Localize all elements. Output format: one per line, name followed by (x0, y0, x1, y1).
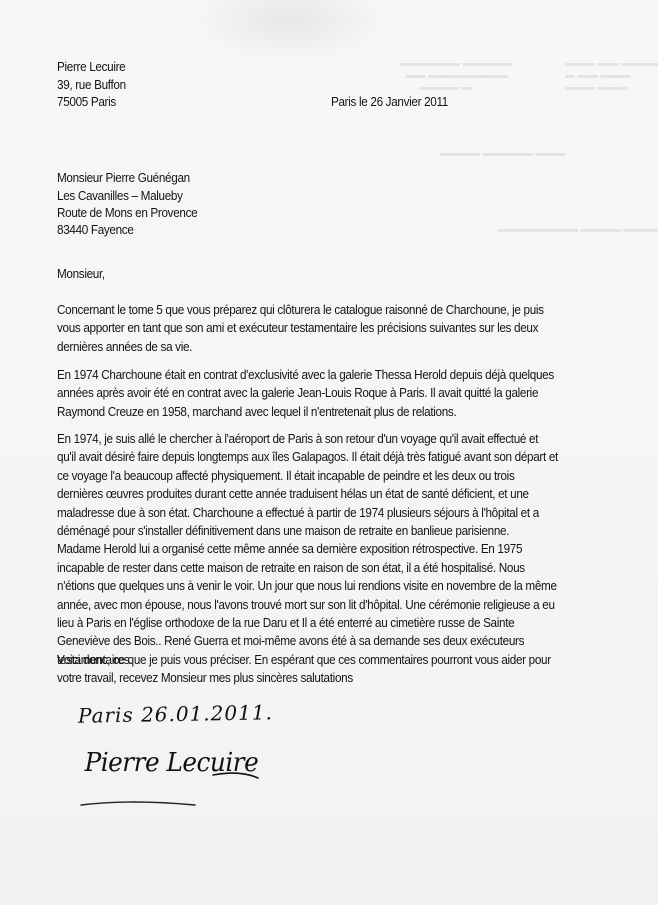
paragraph-3: En 1974, je suis allé le chercher à l'aé… (57, 430, 558, 669)
paragraph-line: qu'il avait désiré faire depuis longtemp… (57, 448, 558, 466)
paragraph-line: déménagé pour s'installer définitivement… (57, 522, 558, 540)
paragraph-line: Geneviève des Bois.. René Guerra et moi-… (57, 632, 558, 650)
show-through-text: ▬▬▬▬▬▬▬▬ ▬▬▬▬ ▬▬▬▬ (498, 224, 658, 236)
recipient-name: Monsieur Pierre Guénégan (57, 170, 190, 186)
paragraph-line: lieu à Paris en l'église orthodoxe de la… (57, 614, 558, 632)
recipient-city: 83440 Fayence (57, 222, 134, 238)
show-through-text: ▬▬▬ ▬▬ ▬▬▬▬ ▬ ▬▬ ▬▬▬ ▬▬▬ ▬▬▬ (565, 58, 658, 94)
paragraph-line: ce voyage l'a beaucoup affecté physiquem… (57, 467, 558, 485)
sender-name: Pierre Lecuire (57, 59, 125, 75)
show-through-text: ▬▬▬▬ ▬▬▬▬▬ ▬▬▬ (440, 148, 566, 160)
paragraph-line: Madame Herold lui a organisé cette même … (57, 540, 558, 558)
letter-date: Paris le 26 Janvier 2011 (331, 94, 448, 110)
paragraph-line: Concernant le tome 5 que vous préparez q… (57, 301, 544, 319)
paragraph-line: n'étions que quelques uns à venir le voi… (57, 577, 558, 595)
paragraph-line: En 1974 Charchoune était en contrat d'ex… (57, 366, 554, 384)
paragraph-line: année, avec mon épouse, nous l'avons tro… (57, 596, 558, 614)
paragraph-line: vous apporter en tant que son ami et exé… (57, 319, 544, 337)
paragraph-line: maladresse due à son état. Charchoune a … (57, 504, 558, 522)
paragraph-line: années après avoir été en contrat avec l… (57, 384, 554, 402)
sender-city: 75005 Paris (57, 94, 116, 110)
paragraph-line: incapable de rester dans cette maison de… (57, 559, 558, 577)
paragraph-line: En 1974, je suis allé le chercher à l'aé… (57, 430, 558, 448)
paragraph-line: dernières années de sa vie. (57, 338, 544, 356)
paragraph-line: Voici donc, ce que je puis vous préciser… (57, 651, 551, 669)
recipient-line2: Les Cavanilles – Malueby (57, 188, 183, 204)
paragraph-line: dernières œuvres produites durant cette … (57, 485, 558, 503)
recipient-line3: Route de Mons en Provence (57, 205, 197, 221)
paragraph-2: En 1974 Charchoune était en contrat d'ex… (57, 366, 554, 421)
handwritten-signature: Pierre Lecuire (85, 748, 259, 778)
handwritten-place-date: Paris 26.01.2011. (78, 700, 273, 727)
paragraph-4: Voici donc, ce que je puis vous préciser… (57, 651, 551, 688)
paragraph-1: Concernant le tome 5 que vous préparez q… (57, 301, 544, 356)
paragraph-line: votre travail, recevez Monsieur mes plus… (57, 669, 551, 687)
show-through-text: ▬▬▬▬▬▬ ▬▬▬▬▬ ▬▬ ▬▬▬▬▬▬▬▬ ▬▬▬▬ ▬ (400, 58, 513, 94)
paragraph-line: Raymond Creuze en 1958, marchand avec le… (57, 403, 554, 421)
scanned-letter-page: ▬▬▬ ▬▬ ▬▬▬▬ ▬ ▬▬ ▬▬▬ ▬▬▬ ▬▬▬ ▬▬▬▬▬▬ ▬▬▬▬… (0, 0, 658, 905)
salutation: Monsieur, (57, 266, 105, 282)
sender-street: 39, rue Buffon (57, 77, 126, 93)
